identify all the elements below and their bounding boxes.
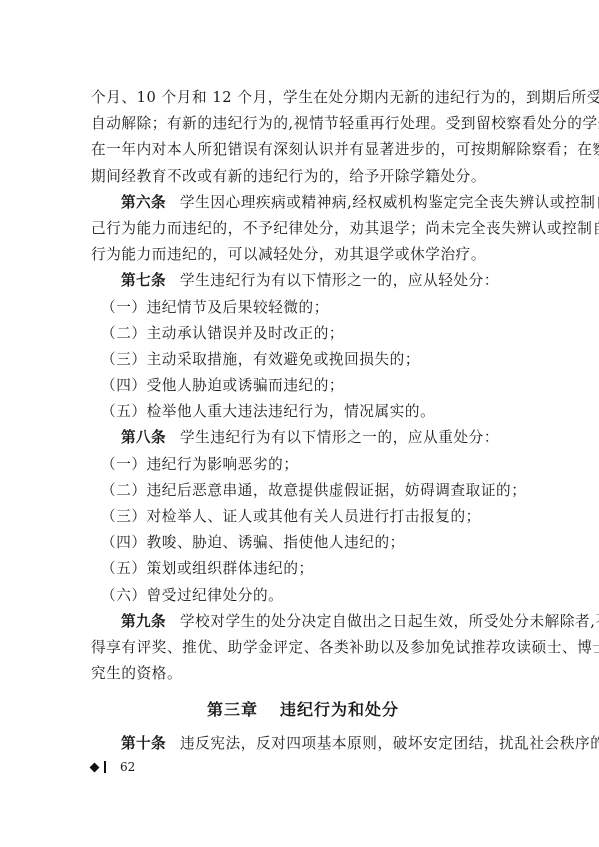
list-item: （四）教唆、胁迫、诱骗、指使他人违纪的； xyxy=(91,530,515,556)
list-item: （六）曾受过纪律处分的。 xyxy=(91,583,515,609)
text-line: 己行为能力而违纪的，不予纪律处分，劝其退学；尚未完全丧失辨认或控制自己 xyxy=(91,216,515,242)
list-item: （五）策划或组织群体违纪的； xyxy=(91,556,515,582)
list-item: （一）违纪情节及后果较轻微的； xyxy=(91,295,515,321)
article-text: 学生因心理疾病或精神病,经权威机构鉴定完全丧失辨认或控制自 xyxy=(180,194,599,211)
chapter-number: 第三章 xyxy=(207,700,258,719)
list-item: （三）主动采取措施，有效避免或挽回损失的； xyxy=(91,347,515,373)
article-9: 第九条学校对学生的处分决定自做出之日起生效，所受处分未解除者,不 xyxy=(91,609,515,635)
article-title: 第十条 xyxy=(121,735,166,752)
chapter-heading: 第三章违纪行为和处分 xyxy=(91,697,515,723)
list-item: （二）主动承认错误并及时改正的； xyxy=(91,321,515,347)
article-text: 学生违纪行为有以下情形之一的，应从轻处分： xyxy=(180,272,499,289)
article-text: 学校对学生的处分决定自做出之日起生效，所受处分未解除者,不 xyxy=(180,613,599,630)
list-item: （三）对检举人、证人或其他有关人员进行打击报复的； xyxy=(91,504,515,530)
document-page: 个月、10 个月和 12 个月，学生在处分期内无新的违纪行为的，到期后所受处分 … xyxy=(91,85,515,758)
list-item: （四）受他人胁迫或诱骗而违纪的； xyxy=(91,373,515,399)
page-footer: 62 xyxy=(91,760,135,774)
article-text: 学生违纪行为有以下情形之一的，应从重处分： xyxy=(180,429,499,446)
list-item: （一）违纪行为影响恶劣的； xyxy=(91,452,515,478)
list-item: （五）检举他人重大违法违纪行为，情况属实的。 xyxy=(91,399,515,425)
text-line: 个月、10 个月和 12 个月，学生在处分期内无新的违纪行为的，到期后所受处分 xyxy=(91,85,515,111)
article-title: 第八条 xyxy=(121,429,166,446)
list-item: （二）违纪后恶意串通，故意提供虚假证据，妨碍调查取证的； xyxy=(91,478,515,504)
text-line: 在一年内对本人所犯错误有深刻认识并有显著进步的，可按期解除察看；在察看 xyxy=(91,137,515,163)
article-6: 第六条学生因心理疾病或精神病,经权威机构鉴定完全丧失辨认或控制自 xyxy=(91,190,515,216)
article-title: 第六条 xyxy=(121,194,166,211)
diamond-icon xyxy=(90,762,100,772)
article-title: 第九条 xyxy=(121,613,166,630)
text-line: 得享有评奖、推优、助学金评定、各类补助以及参加免试推荐攻读硕士、博士研 xyxy=(91,635,515,661)
text-line: 究生的资格。 xyxy=(91,661,515,687)
article-text: 违反宪法，反对四项基本原则，破坏安定团结，扰乱社会秩序的， xyxy=(180,735,599,752)
article-title: 第七条 xyxy=(121,272,166,289)
text-line: 行为能力而违纪的，可以减轻处分，劝其退学或休学治疗。 xyxy=(91,242,515,268)
text-line: 期间经教育不改或有新的违纪行为的，给予开除学籍处分。 xyxy=(91,164,515,190)
chapter-title: 违纪行为和处分 xyxy=(280,700,399,719)
page-number: 62 xyxy=(120,760,135,774)
article-8: 第八条学生违纪行为有以下情形之一的，应从重处分： xyxy=(91,425,515,451)
text-line: 自动解除；有新的违纪行为的,视情节轻重再行处理。受到留校察看处分的学生， xyxy=(91,111,515,137)
article-7: 第七条学生违纪行为有以下情形之一的，应从轻处分： xyxy=(91,268,515,294)
separator-bar-icon xyxy=(104,761,106,773)
article-10: 第十条违反宪法，反对四项基本原则，破坏安定团结，扰乱社会秩序的， xyxy=(91,731,515,757)
